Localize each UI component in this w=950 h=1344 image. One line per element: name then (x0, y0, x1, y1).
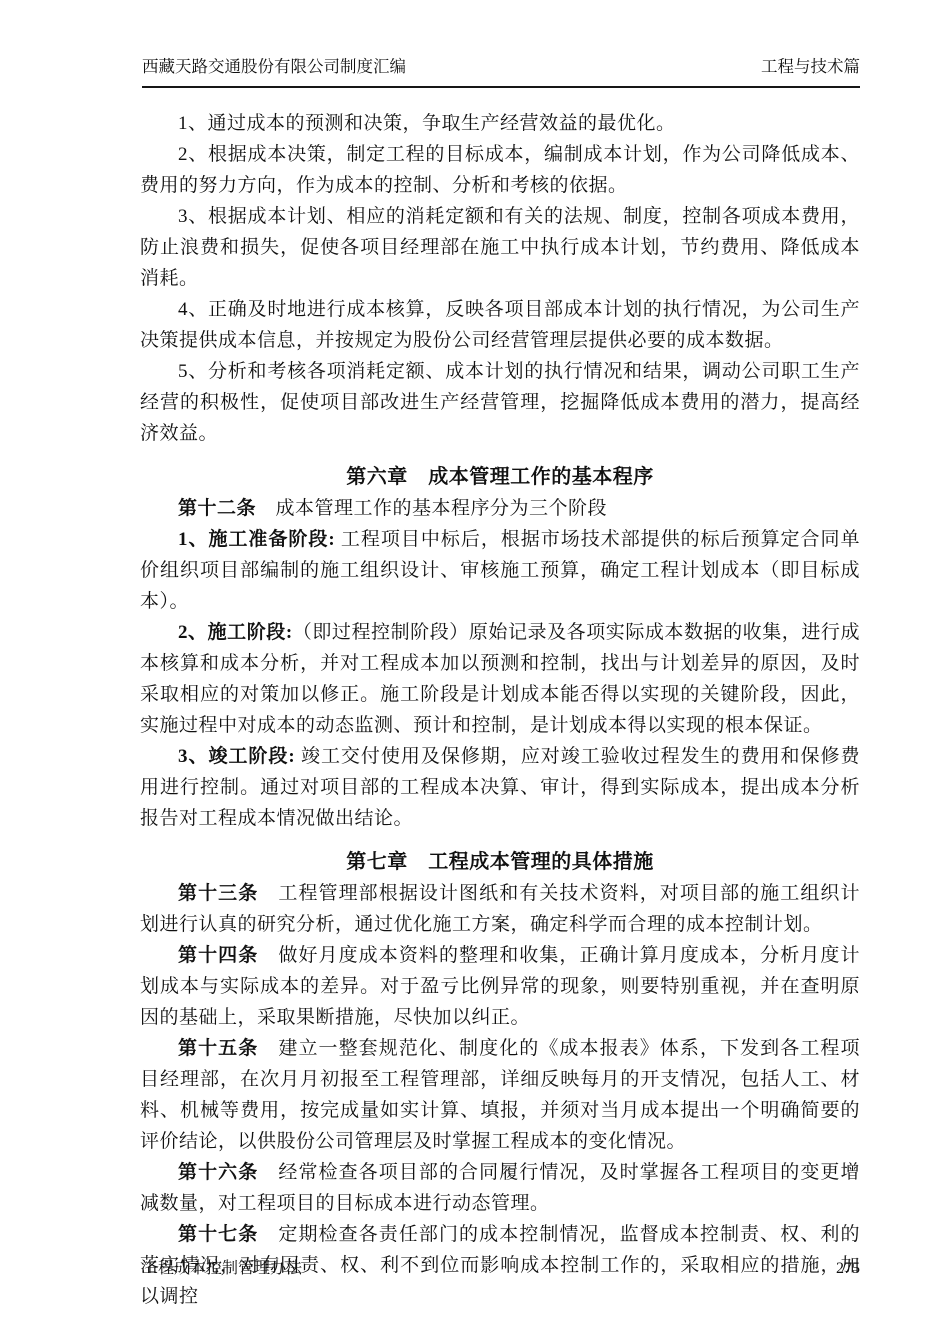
clause-label: 第十七条 (178, 1224, 258, 1245)
clause-label: 第十三条 (178, 883, 258, 904)
clause: 第十五条 建立一整套规范化、制度化的《成本报表》体系，下发到各工程项目经理部，在… (140, 1033, 860, 1157)
chapter-heading: 第七章 工程成本管理的具体措施 (140, 847, 860, 878)
page-header: 西藏天路交通股份有限公司制度汇编 工程与技术篇 (142, 56, 860, 88)
clause-label: 3、竣工阶段: (178, 746, 295, 767)
document-page: 西藏天路交通股份有限公司制度汇编 工程与技术篇 1、通过成本的预测和决策，争取生… (0, 0, 950, 1344)
clause-label: 第十四条 (178, 945, 258, 966)
paragraph: 2、根据成本决策，制定工程的目标成本，编制成本计划，作为公司降低成本、费用的努力… (140, 139, 860, 201)
clause: 第十四条 做好月度成本资料的整理和收集，正确计算月度成本，分析月度计划成本与实际… (140, 940, 860, 1033)
paragraph: 1、通过成本的预测和决策，争取生产经营效益的最优化。 (140, 108, 860, 139)
document-body: 1、通过成本的预测和决策，争取生产经营效益的最优化。 2、根据成本决策，制定工程… (140, 108, 860, 1312)
clause: 2、施工阶段:（即过程控制阶段）原始记录及各项实际成本数据的收集，进行成本核算和… (140, 617, 860, 741)
clause: 第十六条 经常检查各项目部的合同履行情况，及时掌握各工程项目的变更增减数量，对工… (140, 1157, 860, 1219)
clause-label: 1、施工准备阶段: (178, 529, 335, 550)
clause-label: 第十二条 (178, 498, 256, 519)
page-footer: 工程成本控制管理办法 275 (142, 1258, 860, 1280)
clause-text: 成本管理工作的基本程序分为三个阶段 (256, 498, 607, 519)
header-left-title: 西藏天路交通股份有限公司制度汇编 (142, 56, 406, 78)
footer-doc-title: 工程成本控制管理办法 (142, 1258, 302, 1280)
clause-label: 第十六条 (178, 1162, 258, 1183)
clause: 1、施工准备阶段: 工程项目中标后，根据市场技术部提供的标后预算定合同单价组织项… (140, 524, 860, 617)
paragraph: 5、分析和考核各项消耗定额、成本计划的执行情况和结果，调动公司职工生产经营的积极… (140, 356, 860, 449)
footer-page-number: 275 (836, 1258, 860, 1280)
clause-label: 2、施工阶段: (178, 622, 293, 643)
paragraph: 3、根据成本计划、相应的消耗定额和有关的法规、制度，控制各项成本费用，防止浪费和… (140, 201, 860, 294)
clause-label: 第十五条 (178, 1038, 258, 1059)
clause: 3、竣工阶段: 竣工交付使用及保修期，应对竣工验收过程发生的费用和保修费用进行控… (140, 741, 860, 834)
chapter-heading: 第六章 成本管理工作的基本程序 (140, 462, 860, 493)
clause: 第十三条 工程管理部根据设计图纸和有关技术资料，对项目部的施工组织计划进行认真的… (140, 878, 860, 940)
header-right-section: 工程与技术篇 (761, 56, 860, 78)
paragraph: 4、正确及时地进行成本核算，反映各项目部成本计划的执行情况，为公司生产决策提供成… (140, 294, 860, 356)
clause: 第十二条 成本管理工作的基本程序分为三个阶段 (140, 493, 860, 524)
